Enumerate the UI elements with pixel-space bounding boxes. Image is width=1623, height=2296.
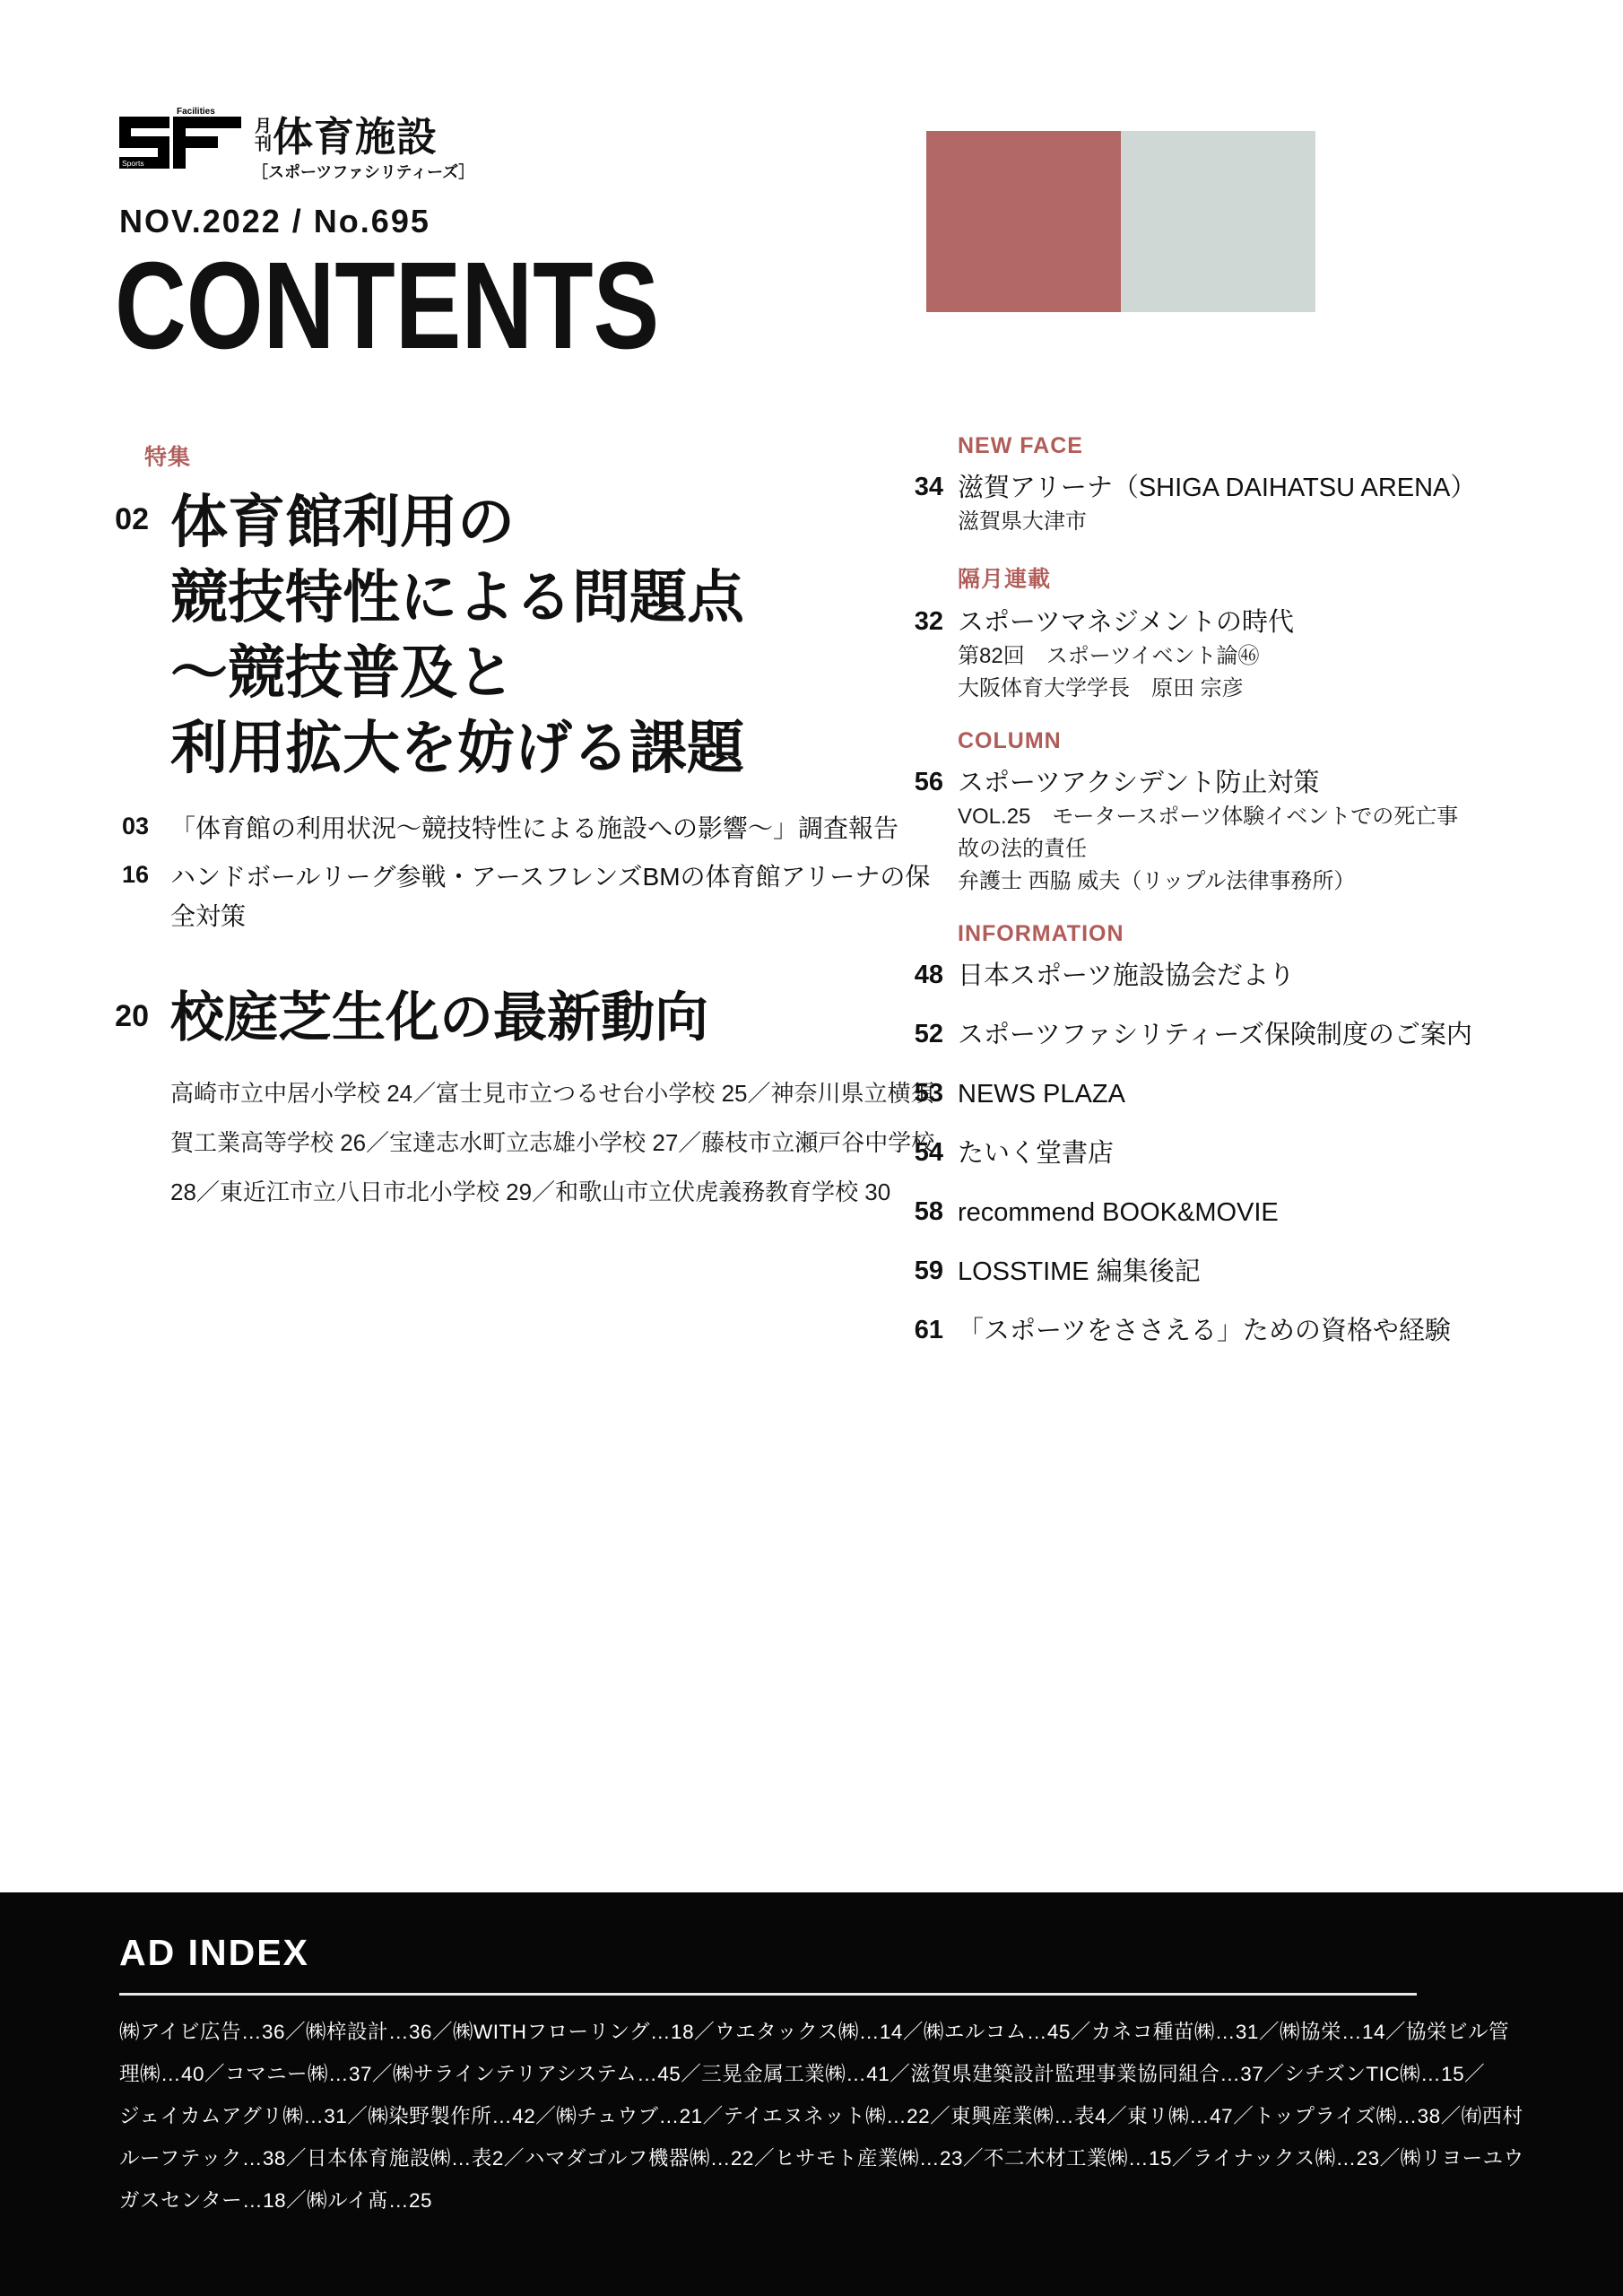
section-label: NEW FACE <box>958 433 1526 459</box>
entry-title: recommend BOOK&MOVIE <box>958 1195 1517 1231</box>
entry-title: 「スポーツをささえる」ための資格や経験 <box>958 1313 1517 1349</box>
logo-facilities-label: Facilities <box>177 107 215 117</box>
ad-index-line: ジェイカムアグリ㈱…31／㈱染野製作所…42／㈱チュウブ…21／テイエヌネット㈱… <box>119 2095 1524 2137</box>
page-title: CONTENTS <box>115 244 659 368</box>
entry-title: 滋賀アリーナ（SHIGA DAIHATSU ARENA） <box>958 470 1517 506</box>
toc-entry-lawn: 20 校庭芝生化の最新動向 高崎市立中居小学校 24／富士見市立つるせ台小学校 … <box>115 988 940 1217</box>
toc-entry-feature: 02 体育館利用の 競技特性による問題点 ～競技普及と 利用拡大を妨げる課題 <box>115 484 940 786</box>
page-number: 48 <box>907 958 943 990</box>
magazine-subtitle: ［スポーツファシリティーズ］ <box>252 160 474 183</box>
ad-index-list: ㈱アイビ広告…36／㈱梓設計…36／㈱WITHフローリング…18／ウエタックス㈱… <box>119 2011 1524 2222</box>
sf-logo-icon: Facilities Sports <box>119 106 243 170</box>
section-column: COLUMN 56 スポーツアクシデント防止対策 VOL.25 モータースポーツ… <box>907 728 1526 898</box>
entry-title: たいく堂書店 <box>958 1135 1517 1171</box>
toc-entry: 59 LOSSTIME 編集後記 <box>907 1254 1526 1290</box>
toc-right-column: NEW FACE 34 滋賀アリーナ（SHIGA DAIHATSU ARENA）… <box>907 433 1526 1372</box>
feature-item-list: 03 「体育館の利用状況～競技特性による施設への影響～」調査報告 16 ハンドボ… <box>115 809 940 936</box>
lawn-school-list: 高崎市立中居小学校 24／富士見市立つるせ台小学校 25／神奈川県立横須賀工業高… <box>170 1069 940 1217</box>
toc-entry: 03 「体育館の利用状況～競技特性による施設への影響～」調査報告 <box>115 809 940 848</box>
feature-title-line: 体育館利用の <box>170 484 744 560</box>
section-new-face: NEW FACE 34 滋賀アリーナ（SHIGA DAIHATSU ARENA）… <box>907 433 1526 538</box>
section-serial: 隔月連載 32 スポーツマネジメントの時代 第82回 スポーツイベント論㊻ 大阪… <box>907 561 1526 705</box>
toc-left-column: 特集 02 体育館利用の 競技特性による問題点 ～競技普及と 利用拡大を妨げる課… <box>115 439 940 1217</box>
ad-index-line: ガスセンター…18／㈱ルイ髙…25 <box>119 2179 1524 2222</box>
logo-text: 月刊 体育施設 ［スポーツファシリティーズ］ <box>252 106 474 183</box>
entry-author: 大阪体育大学学長 原田 宗彦 <box>958 673 1460 705</box>
page-number: 02 <box>115 484 149 537</box>
feature-title-line: 利用拡大を妨げる課題 <box>170 710 744 786</box>
toc-entry: 56 スポーツアクシデント防止対策 VOL.25 モータースポーツ体験イベントで… <box>907 765 1526 898</box>
entry-subtitle: 第82回 スポーツイベント論㊻ <box>958 640 1460 673</box>
page-number: 03 <box>115 809 149 840</box>
page-number: 59 <box>907 1254 943 1286</box>
toc-entry: 58 recommend BOOK&MOVIE <box>907 1195 1526 1231</box>
logo-sports-label: Sports <box>122 159 144 168</box>
page-number: 56 <box>907 765 943 797</box>
entry-title: NEWS PLAZA <box>958 1076 1517 1112</box>
feature-title: 体育館利用の 競技特性による問題点 ～競技普及と 利用拡大を妨げる課題 <box>170 484 744 786</box>
entry-author: 弁護士 西脇 威夫（リップル法律事務所） <box>958 865 1460 898</box>
section-label: 隔月連載 <box>958 561 1526 594</box>
entry-title: 「体育館の利用状況～競技特性による施設への影響～」調査報告 <box>170 809 940 848</box>
entry-title: スポーツマネジメントの時代 <box>958 604 1517 640</box>
decoration-gray-block <box>1121 131 1315 312</box>
toc-entry: 32 スポーツマネジメントの時代 第82回 スポーツイベント論㊻ 大阪体育大学学… <box>907 604 1526 705</box>
entry-title: 日本スポーツ施設協会だより <box>958 958 1517 994</box>
magazine-title: 体育施設 <box>273 117 438 157</box>
logo-monthly-label: 月刊 <box>252 117 270 152</box>
ad-index-title: AD INDEX <box>119 1932 309 1974</box>
page-number: 52 <box>907 1017 943 1049</box>
page-number: 32 <box>907 604 943 637</box>
ad-index-divider <box>119 1993 1417 1996</box>
feature-title-line: ～競技普及と <box>170 635 744 710</box>
entry-title: LOSSTIME 編集後記 <box>958 1254 1517 1290</box>
page-number: 20 <box>115 988 149 1034</box>
toc-entry: 52 スポーツファシリティーズ保険制度のご案内 <box>907 1017 1526 1053</box>
issue-label: NOV.2022 / No.695 <box>119 203 430 240</box>
toc-entry: 34 滋賀アリーナ（SHIGA DAIHATSU ARENA） 滋賀県大津市 <box>907 470 1526 538</box>
page-number: 16 <box>115 857 149 889</box>
entry-title: スポーツファシリティーズ保険制度のご案内 <box>958 1017 1517 1053</box>
section-label: INFORMATION <box>958 921 1526 947</box>
entry-subtitle: 滋賀県大津市 <box>958 506 1460 538</box>
magazine-logo: Facilities Sports 月刊 体育施設 ［スポーツファシリティーズ］ <box>119 106 474 183</box>
section-information: INFORMATION 48 日本スポーツ施設協会だより 52 スポーツファシリ… <box>907 921 1526 1349</box>
ad-index-footer: AD INDEX ㈱アイビ広告…36／㈱梓設計…36／㈱WITHフローリング…1… <box>0 1892 1623 2296</box>
toc-entry: 61 「スポーツをささえる」ための資格や経験 <box>907 1313 1526 1349</box>
decoration-red-block <box>926 131 1121 312</box>
entry-subtitle: VOL.25 モータースポーツ体験イベントでの死亡事故の法的責任 <box>958 801 1460 865</box>
toc-entry: 48 日本スポーツ施設協会だより <box>907 958 1526 994</box>
feature-title-line: 競技特性による問題点 <box>170 560 744 635</box>
ad-index-line: ルーフテック…38／日本体育施設㈱…表2／ハマダゴルフ機器㈱…22／ヒサモト産業… <box>119 2137 1524 2179</box>
toc-entry: 16 ハンドボールリーグ参戦・アースフレンズBMの体育館アリーナの保全対策 <box>115 857 940 936</box>
page-number: 34 <box>907 470 943 502</box>
page-number: 54 <box>907 1135 943 1168</box>
entry-title: スポーツアクシデント防止対策 <box>958 765 1517 801</box>
feature-section-label: 特集 <box>144 439 940 472</box>
ad-index-line: 理㈱…40／コマニー㈱…37／㈱サラインテリアシステム…45／三晃金属工業㈱…4… <box>119 2053 1524 2095</box>
page-number: 58 <box>907 1195 943 1227</box>
page-number: 61 <box>907 1313 943 1345</box>
lawn-section-title: 校庭芝生化の最新動向 <box>170 988 708 1048</box>
entry-title: ハンドボールリーグ参戦・アースフレンズBMの体育館アリーナの保全対策 <box>170 857 940 936</box>
section-label: COLUMN <box>958 728 1526 754</box>
page-number: 53 <box>907 1076 943 1109</box>
contents-page: Facilities Sports 月刊 体育施設 ［スポーツファシリティーズ］… <box>0 0 1623 2296</box>
toc-entry: 54 たいく堂書店 <box>907 1135 1526 1171</box>
ad-index-line: ㈱アイビ広告…36／㈱梓設計…36／㈱WITHフローリング…18／ウエタックス㈱… <box>119 2011 1524 2053</box>
toc-entry: 53 NEWS PLAZA <box>907 1076 1526 1112</box>
